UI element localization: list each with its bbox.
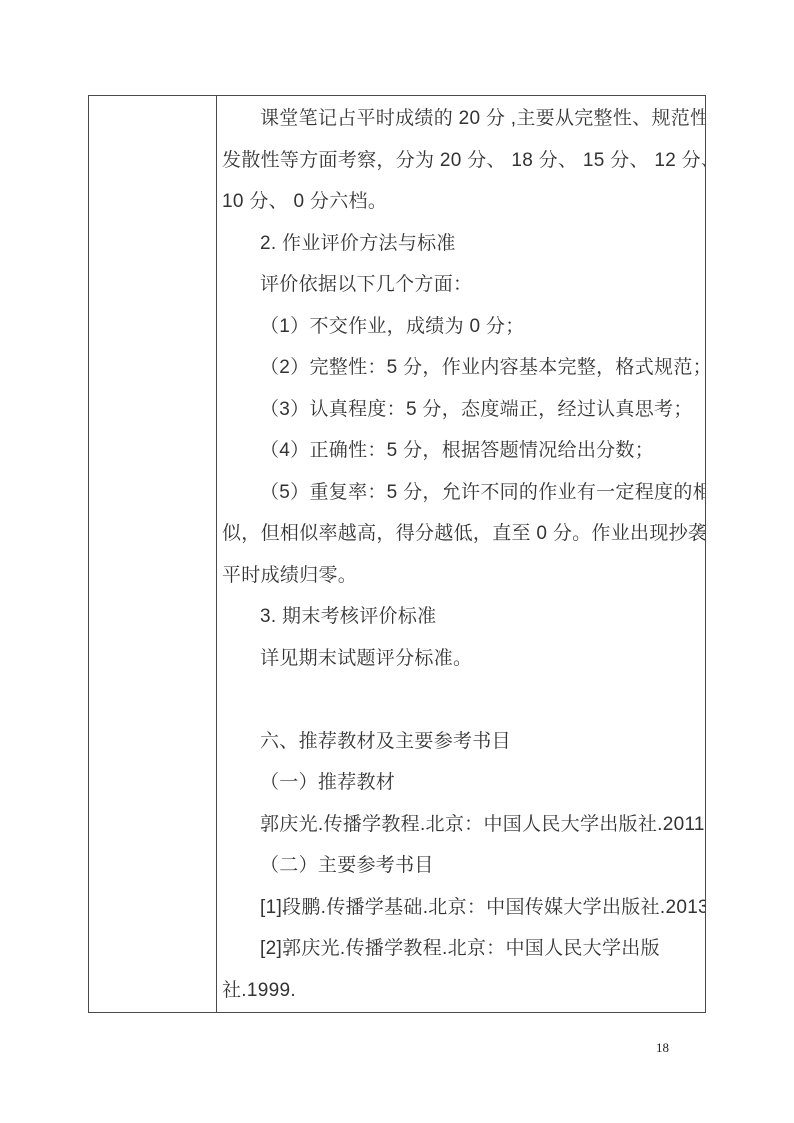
text-line: （2）完整性：5 分，作业内容基本完整，格式规范； [222,347,701,389]
table-right-cell: 课堂笔记占平时成绩的 20 分 ,主要从完整性、规范性、发散性等方面考察，分为 … [217,96,705,1012]
text-line: 评价依据以下几个方面： [222,264,701,306]
text-line: 平时成绩归零。 [222,555,701,597]
table-text-lines: 课堂笔记占平时成绩的 20 分 ,主要从完整性、规范性、发散性等方面考察，分为 … [222,98,701,1011]
text-line: （4）正确性：5 分，根据答题情况给出分数； [222,430,701,472]
document-page: 课堂笔记占平时成绩的 20 分 ,主要从完整性、规范性、发散性等方面考察，分为 … [0,0,794,1123]
text-line: （二）主要参考书目 [222,845,701,887]
page-number: 18 [656,1040,669,1056]
text-line: 似，但相似率越高，得分越低，直至 0 分。作业出现抄袭， [222,513,701,555]
text-line: （3）认真程度：5 分，态度端正，经过认真思考； [222,389,701,431]
text-line: （一）推荐教材 [222,762,701,804]
text-line [222,679,701,721]
text-line: 详见期末试题评分标准。 [222,638,701,680]
text-line: （5）重复率：5 分，允许不同的作业有一定程度的相 [222,472,701,514]
text-line: 3. 期末考核评价标准 [222,596,701,638]
text-line: [2]郭庆光.传播学教程.北京：中国人民大学出版 [222,928,701,970]
text-line: （1）不交作业，成绩为 0 分； [222,306,701,348]
text-line: 郭庆光.传播学教程.北京：中国人民大学出版社.2011. [222,804,701,846]
text-line: 六、推荐教材及主要参考书目 [222,721,701,763]
text-line: 发散性等方面考察，分为 20 分、 18 分、 15 分、 12 分、 [222,140,701,182]
text-line: 2. 作业评价方法与标准 [222,223,701,265]
text-line: 10 分、 0 分六档。 [222,181,701,223]
text-line: 课堂笔记占平时成绩的 20 分 ,主要从完整性、规范性、 [222,98,701,140]
syllabus-table: 课堂笔记占平时成绩的 20 分 ,主要从完整性、规范性、发散性等方面考察，分为 … [88,95,706,1013]
table-left-cell [89,96,217,1012]
text-line: 社.1999. [222,970,701,1012]
text-line: [1]段鹏.传播学基础.北京：中国传媒大学出版社.2013. [222,887,701,929]
